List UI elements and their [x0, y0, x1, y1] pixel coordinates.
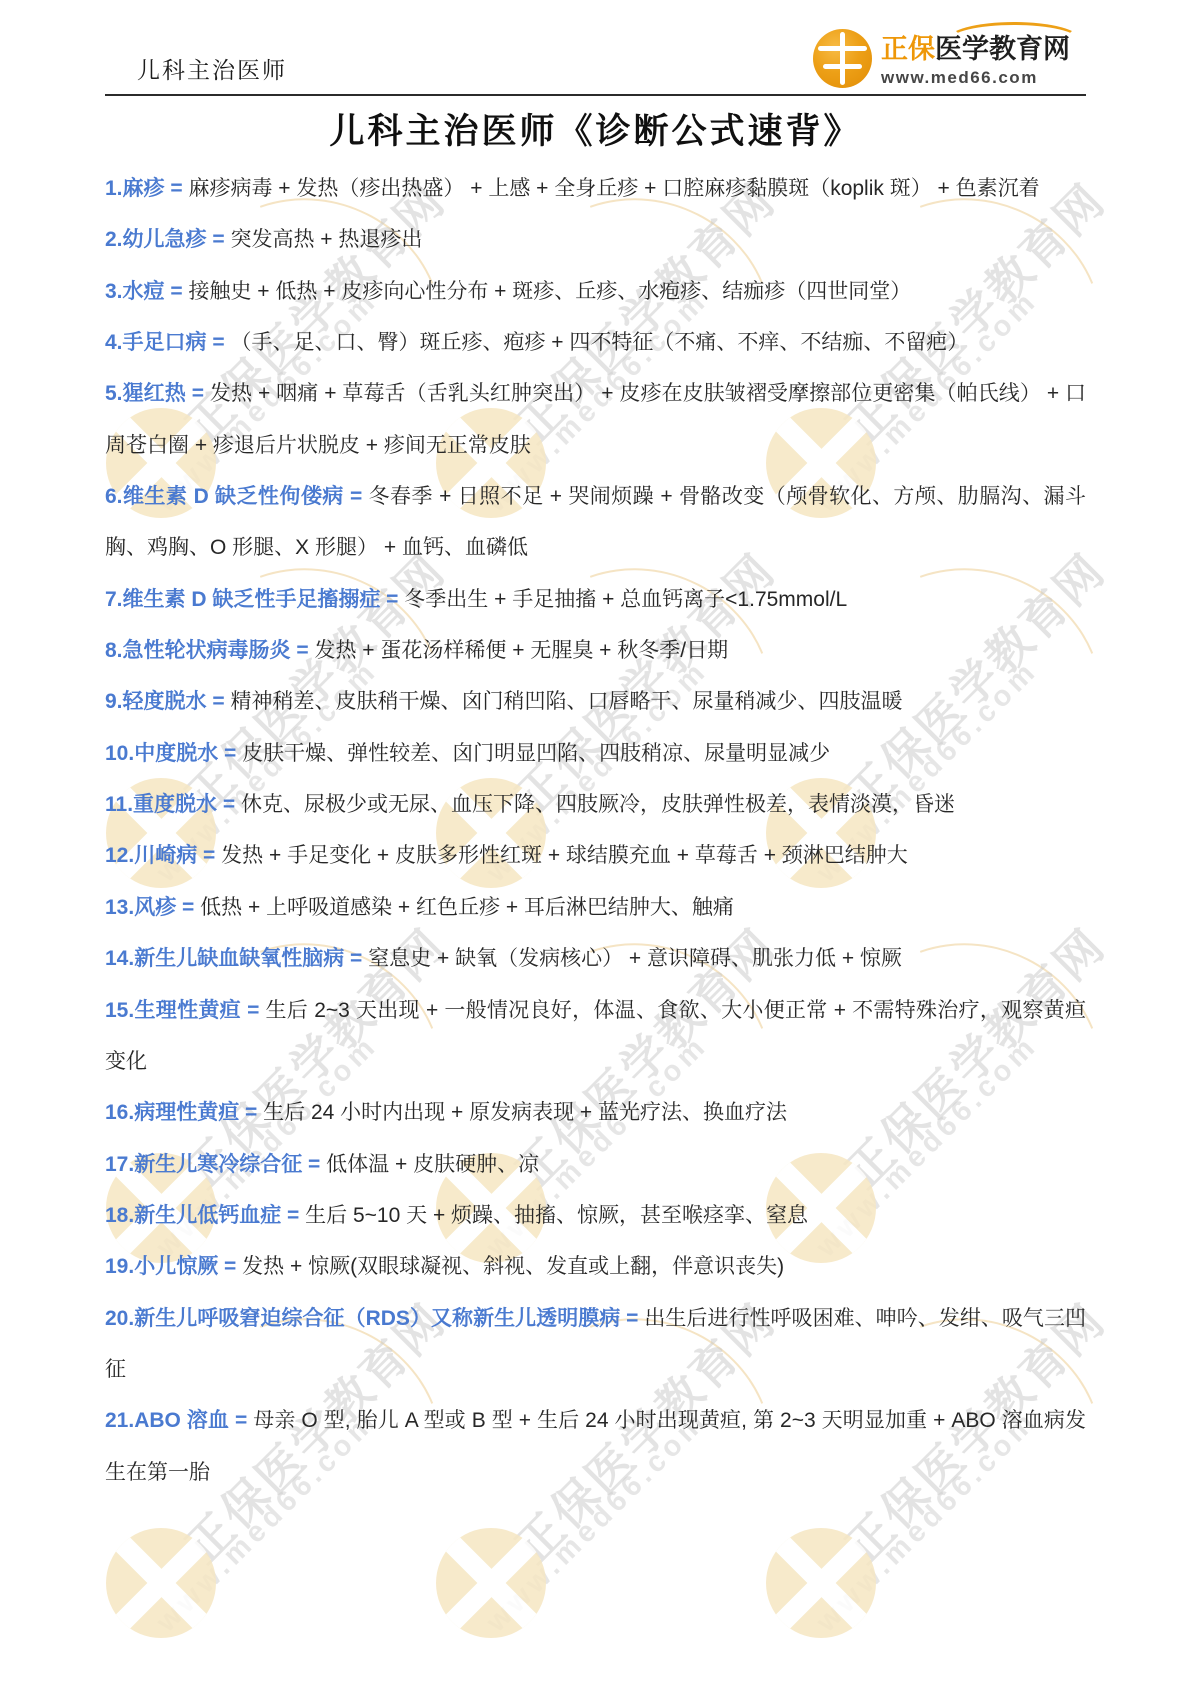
formula-body: 突发高热 + 热退疹出 — [230, 228, 422, 251]
formula-body: 休克、尿极少或无尿、血压下降、四肢厥冷，皮肤弹性极差，表情淡漠，昏迷 — [241, 793, 955, 816]
formula-item: 5.猩红热 = 发热 + 咽痛 + 草莓舌（舌乳头红肿突出） + 皮疹在皮肤皱褶… — [105, 368, 1086, 471]
formula-item: 3.水痘 = 接触史 + 低热 + 皮疹向心性分布 + 斑疹、丘疹、水疱疹、结痂… — [105, 266, 1086, 317]
formula-label: 14.新生儿缺血缺氧性脑病 = — [105, 947, 362, 970]
formula-label: 10.中度脱水 = — [105, 742, 236, 765]
formula-body: 母亲 O 型, 胎儿 A 型或 B 型 + 生后 24 小时出现黄疸, 第 2~… — [105, 1409, 1086, 1483]
brand-name-primary: 正保 — [881, 34, 935, 64]
formula-list: 1.麻疹 = 麻疹病毒 + 发热（疹出热盛） + 上感 + 全身丘疹 + 口腔麻… — [105, 163, 1086, 1498]
formula-label: 9.轻度脱水 = — [105, 690, 225, 713]
formula-item: 10.中度脱水 = 皮肤干燥、弹性较差、囟门明显凹陷、四肢稍凉、尿量明显减少 — [105, 728, 1086, 779]
formula-label: 15.生理性黄疸 = — [105, 999, 259, 1022]
formula-label: 11.重度脱水 = — [105, 793, 235, 816]
formula-item: 6.维生素 D 缺乏性佝偻病 = 冬春季 + 日照不足 + 哭闹烦躁 + 骨骼改… — [105, 471, 1086, 574]
formula-body: 麻疹病毒 + 发热（疹出热盛） + 上感 + 全身丘疹 + 口腔麻疹黏膜斑（ko… — [188, 177, 1039, 200]
watermark-logo-icon — [436, 1528, 546, 1638]
formula-label: 8.急性轮状病毒肠炎 = — [105, 639, 309, 662]
header-doc-label: 儿科主治医师 — [137, 52, 287, 85]
formula-item: 9.轻度脱水 = 精神稍差、皮肤稍干燥、囟门稍凹陷、口唇略干、尿量稍减少、四肢温… — [105, 676, 1086, 727]
formula-item: 4.手足口病 = （手、足、口、臀）斑丘疹、疱疹 + 四不特征（不痛、不痒、不结… — [105, 317, 1086, 368]
formula-item: 16.病理性黄疸 = 生后 24 小时内出现 + 原发病表现 + 蓝光疗法、换血… — [105, 1087, 1086, 1138]
formula-label: 6.维生素 D 缺乏性佝偻病 = — [105, 485, 362, 508]
formula-body: 窒息史 + 缺氧（发病核心） + 意识障碍、肌张力低 + 惊厥 — [368, 947, 902, 970]
formula-item: 17.新生儿寒冷综合征 = 低体温 + 皮肤硬肿、凉 — [105, 1139, 1086, 1190]
formula-item: 2.幼儿急疹 = 突发高热 + 热退疹出 — [105, 214, 1086, 265]
formula-body: 皮肤干燥、弹性较差、囟门明显凹陷、四肢稍凉、尿量明显减少 — [242, 742, 830, 765]
formula-item: 14.新生儿缺血缺氧性脑病 = 窒息史 + 缺氧（发病核心） + 意识障碍、肌张… — [105, 933, 1086, 984]
formula-item: 8.急性轮状病毒肠炎 = 发热 + 蛋花汤样稀便 + 无腥臭 + 秋冬季/日期 — [105, 625, 1086, 676]
formula-item: 1.麻疹 = 麻疹病毒 + 发热（疹出热盛） + 上感 + 全身丘疹 + 口腔麻… — [105, 163, 1086, 214]
watermark-logo-icon — [106, 1528, 216, 1638]
document-page: 正保医学教育网www.med66.com正保医学教育网www.med66.com… — [0, 0, 1191, 1684]
formula-label: 2.幼儿急疹 = — [105, 228, 225, 251]
formula-body: 冬季出生 + 手足抽搐 + 总血钙离子<1.75mmol/L — [404, 588, 847, 611]
formula-body: 发热 + 蛋花汤样稀便 + 无腥臭 + 秋冬季/日期 — [314, 639, 728, 662]
formula-item: 19.小儿惊厥 = 发热 + 惊厥(双眼球凝视、斜视、发直或上翻，伴意识丧失) — [105, 1241, 1086, 1292]
formula-label: 16.病理性黄疸 = — [105, 1101, 257, 1124]
formula-label: 12.川崎病 = — [105, 844, 215, 867]
formula-label: 13.风疹 = — [105, 896, 194, 919]
formula-item: 15.生理性黄疸 = 生后 2~3 天出现 + 一般情况良好，体温、食欲、大小便… — [105, 985, 1086, 1088]
brand-emblem-icon — [813, 29, 872, 88]
header-divider — [105, 94, 1086, 96]
formula-item: 12.川崎病 = 发热 + 手足变化 + 皮肤多形性红斑 + 球结膜充血 + 草… — [105, 830, 1086, 881]
formula-label: 3.水痘 = — [105, 280, 183, 303]
formula-body: 生后 24 小时内出现 + 原发病表现 + 蓝光疗法、换血疗法 — [263, 1101, 787, 1124]
formula-body: 低热 + 上呼吸道感染 + 红色丘疹 + 耳后淋巴结肿大、触痛 — [200, 896, 734, 919]
watermark-logo-icon — [766, 1528, 876, 1638]
formula-body: 发热 + 惊厥(双眼球凝视、斜视、发直或上翻，伴意识丧失) — [242, 1255, 784, 1278]
formula-body: （手、足、口、臀）斑丘疹、疱疹 + 四不特征（不痛、不痒、不结痂、不留疤） — [230, 331, 968, 354]
formula-body: 精神稍差、皮肤稍干燥、囟门稍凹陷、口唇略干、尿量稍减少、四肢温暖 — [230, 690, 902, 713]
formula-label: 7.维生素 D 缺乏性手足搐搦症 = — [105, 588, 398, 611]
formula-item: 13.风疹 = 低热 + 上呼吸道感染 + 红色丘疹 + 耳后淋巴结肿大、触痛 — [105, 882, 1086, 933]
brand-swoosh-icon — [947, 22, 1081, 58]
formula-body: 生后 5~10 天 + 烦躁、抽搐、惊厥，甚至喉痉挛、窒息 — [305, 1204, 808, 1227]
formula-body: 低体温 + 皮肤硬肿、凉 — [326, 1153, 539, 1176]
formula-label: 17.新生儿寒冷综合征 = — [105, 1153, 320, 1176]
formula-item: 21.ABO 溶血 = 母亲 O 型, 胎儿 A 型或 B 型 + 生后 24 … — [105, 1395, 1086, 1498]
brand-logo: 正保医学教育网 www.med66.com — [813, 29, 1070, 88]
formula-item: 11.重度脱水 = 休克、尿极少或无尿、血压下降、四肢厥冷，皮肤弹性极差，表情淡… — [105, 779, 1086, 830]
formula-body: 发热 + 咽痛 + 草莓舌（舌乳头红肿突出） + 皮疹在皮肤皱褶受摩擦部位更密集… — [105, 382, 1086, 456]
brand-text-block: 正保医学教育网 www.med66.com — [881, 29, 1070, 88]
brand-website: www.med66.com — [881, 68, 1070, 88]
formula-body: 接触史 + 低热 + 皮疹向心性分布 + 斑疹、丘疹、水疱疹、结痂疹（四世同堂） — [188, 280, 911, 303]
formula-label: 5.猩红热 = — [105, 382, 204, 405]
formula-body: 发热 + 手足变化 + 皮肤多形性红斑 + 球结膜充血 + 草莓舌 + 颈淋巴结… — [221, 844, 908, 867]
formula-label: 20.新生儿呼吸窘迫综合征（RDS）又称新生儿透明膜病 = — [105, 1307, 638, 1330]
formula-label: 19.小儿惊厥 = — [105, 1255, 236, 1278]
formula-label: 4.手足口病 = — [105, 331, 225, 354]
formula-item: 20.新生儿呼吸窘迫综合征（RDS）又称新生儿透明膜病 = 出生后进行性呼吸困难… — [105, 1293, 1086, 1396]
formula-label: 1.麻疹 = — [105, 177, 183, 200]
formula-label: 21.ABO 溶血 = — [105, 1409, 247, 1432]
formula-item: 7.维生素 D 缺乏性手足搐搦症 = 冬季出生 + 手足抽搐 + 总血钙离子<1… — [105, 574, 1086, 625]
formula-item: 18.新生儿低钙血症 = 生后 5~10 天 + 烦躁、抽搐、惊厥，甚至喉痉挛、… — [105, 1190, 1086, 1241]
formula-label: 18.新生儿低钙血症 = — [105, 1204, 299, 1227]
page-title: 儿科主治医师《诊断公式速背》 — [0, 104, 1191, 154]
